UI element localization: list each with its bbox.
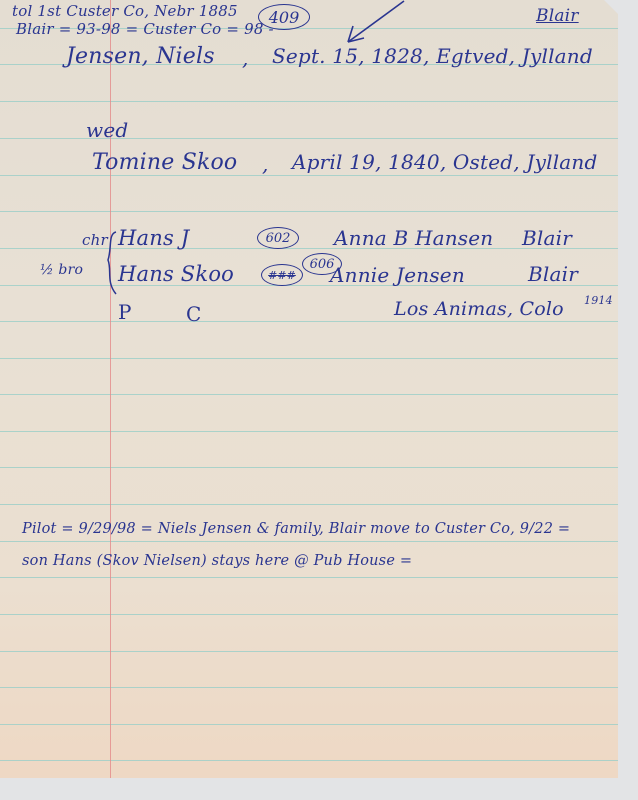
ruled-line: [0, 687, 618, 688]
ruled-line: [0, 101, 618, 102]
ruled-line: [0, 614, 618, 615]
half-brother-label: ½ bro: [40, 262, 83, 278]
subject-birth: Sept. 15, 1828, Egtved, Jylland: [272, 44, 593, 68]
margin-line: [110, 0, 111, 778]
brace-icon: [104, 230, 118, 296]
ruled-line: [0, 175, 618, 176]
record-number-oval: 409: [258, 4, 310, 30]
spouse-separator: ,: [262, 152, 269, 176]
ruled-line: [0, 358, 618, 359]
child-2-struck-record: ###: [268, 269, 296, 282]
ruled-line: [0, 467, 618, 468]
child-2-spouse: Annie Jensen: [330, 263, 465, 287]
residence-year: 1914: [584, 294, 613, 307]
subject-name: Jensen, Niels: [66, 44, 215, 69]
ruled-line: [0, 724, 618, 725]
ruled-line: [0, 321, 618, 322]
marriage-label: wed: [86, 118, 128, 142]
subject-separator: ,: [242, 46, 249, 70]
child-1-place: Blair: [522, 226, 572, 250]
child-2-name: Hans Skoo: [118, 262, 234, 286]
child-1-record: 602: [266, 231, 291, 246]
ruled-line: [0, 760, 618, 761]
footnote-line1: Pilot = 9/29/98 = Niels Jensen & family,…: [22, 521, 570, 537]
corner-place: Blair: [536, 6, 579, 26]
ruled-line: [0, 285, 618, 286]
residence: Los Animas, Colo: [394, 298, 564, 320]
child-1-spouse: Anna B Hansen: [334, 226, 493, 250]
ruled-line: [0, 541, 618, 542]
child-2-struck-record-oval: ###: [261, 264, 303, 286]
child-1-name: Hans J: [118, 226, 189, 250]
spouse-name: Tomine Skoo: [92, 150, 237, 175]
mark-c: C: [186, 302, 202, 326]
header-note-line2: Blair = 93-98 = Custer Co = 98 -: [16, 20, 274, 38]
notebook-page: tol 1st Custer Co, Nebr 1885 Blair = 93-…: [0, 0, 618, 778]
arrow-icon: [340, 0, 410, 50]
child-1-record-oval: 602: [257, 227, 299, 249]
footnote-line2: son Hans (Skov Nielsen) stays here @ Pub…: [22, 553, 412, 569]
record-number: 409: [269, 8, 300, 27]
child-2-place: Blair: [528, 262, 578, 286]
header-note-line1: tol 1st Custer Co, Nebr 1885: [12, 2, 238, 20]
ruled-line: [0, 577, 618, 578]
ruled-line: [0, 504, 618, 505]
ruled-line: [0, 211, 618, 212]
spouse-birth: April 19, 1840, Osted, Jylland: [292, 150, 598, 174]
ruled-line: [0, 431, 618, 432]
ruled-line: [0, 651, 618, 652]
mark-p: P: [118, 300, 132, 324]
ruled-line: [0, 394, 618, 395]
